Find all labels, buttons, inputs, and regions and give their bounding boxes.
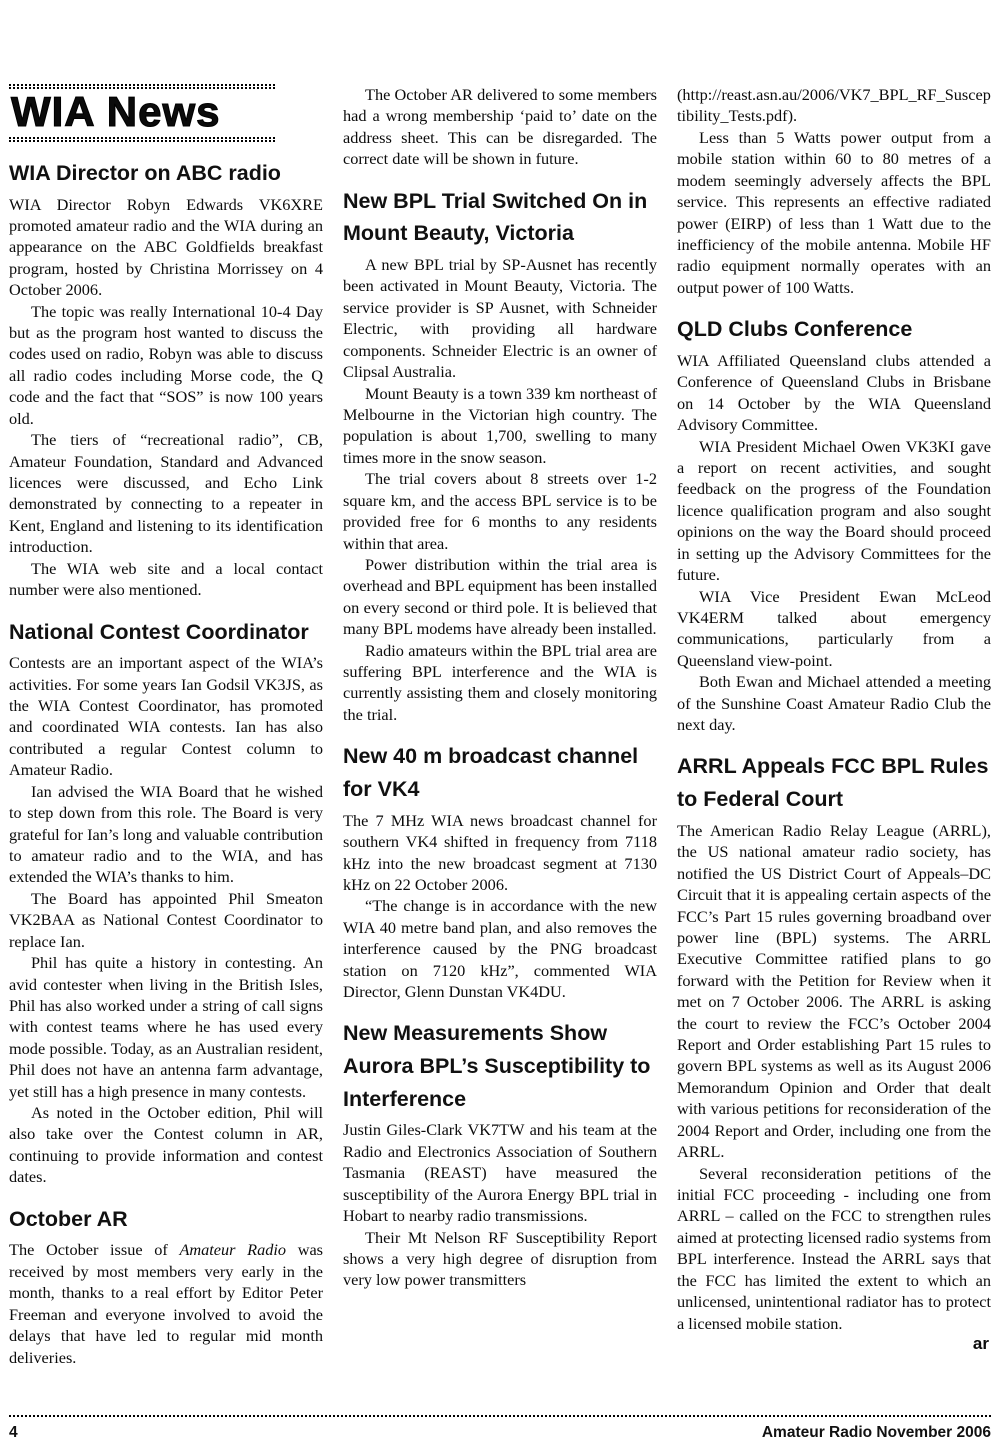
section-heading: October AR [9,1203,323,1236]
footer-rule [9,1415,991,1417]
paragraph: Both Ewan and Michael attended a meeting… [677,671,991,735]
paragraph: A new BPL trial by SP-Ausnet has recentl… [343,254,657,383]
paragraph: The topic was really International 10-4 … [9,301,323,430]
paragraph: Power distribution within the trial area… [343,554,657,640]
paragraph: Several reconsideration petitions of the… [677,1163,991,1334]
footer-row: 4 Amateur Radio November 2006 [9,1424,991,1442]
content-columns: WIA NewsWIA Director on ABC radioWIA Dir… [9,84,991,1368]
italic-journal-name: Amateur Radio [179,1240,286,1259]
paragraph: (http://reast.asn.au/2006/VK7_BPL_RF_Sus… [677,84,991,127]
section-heading: New 40 m broadcast channel for VK4 [343,740,657,805]
paragraph: The American Radio Relay League (ARRL), … [677,820,991,1163]
paragraph: As noted in the October edition, Phil wi… [9,1102,323,1188]
paragraph: The Board has appointed Phil Smeaton VK2… [9,888,323,952]
column-3: (http://reast.asn.au/2006/VK7_BPL_RF_Sus… [677,84,991,1368]
paragraph: Ian advised the WIA Board that he wished… [9,781,323,888]
masthead-rule-bottom [9,137,277,142]
paragraph: The WIA web site and a local contact num… [9,558,323,601]
paragraph: WIA Vice President Ewan McLeod VK4ERM ta… [677,586,991,672]
section-heading: New Measurements Show Aurora BPL’s Susce… [343,1017,657,1115]
text-run: The October issue of [9,1240,179,1259]
journal-title: Amateur Radio November 2006 [762,1424,991,1442]
paragraph: The October AR delivered to some members… [343,84,657,170]
paragraph: Mount Beauty is a town 339 km northeast … [343,383,657,469]
paragraph: WIA President Michael Owen VK3KI gave a … [677,436,991,586]
paragraph: WIA Affiliated Queensland clubs attended… [677,350,991,436]
paragraph: The trial covers about 8 streets over 1-… [343,468,657,554]
masthead: WIA News [9,84,277,142]
magazine-page: WIA NewsWIA Director on ABC radioWIA Dir… [0,0,1000,1455]
page-number: 4 [9,1424,18,1442]
paragraph: Phil has quite a history in contesting. … [9,952,323,1102]
paragraph: The 7 MHz WIA news broadcast channel for… [343,810,657,896]
masthead-title: WIA News [9,89,277,137]
paragraph: Radio amateurs within the BPL trial area… [343,640,657,726]
paragraph: Less than 5 Watts power output from a mo… [677,127,991,298]
paragraph: WIA Director Robyn Edwards VK6XRE promot… [9,194,323,301]
column-1: WIA NewsWIA Director on ABC radioWIA Dir… [9,84,323,1368]
column-2: The October AR delivered to some members… [343,84,657,1368]
page-footer: 4 Amateur Radio November 2006 [9,1415,991,1442]
paragraph: Their Mt Nelson RF Susceptibility Report… [343,1227,657,1291]
paragraph: Contests are an important aspect of the … [9,652,323,781]
article-end-marker: ar [677,1334,991,1354]
section-heading: WIA Director on ABC radio [9,157,323,190]
section-heading: ARRL Appeals FCC BPL Rules to Federal Co… [677,750,991,815]
section-heading: QLD Clubs Conference [677,313,991,346]
paragraph: Justin Giles-Clark VK7TW and his team at… [343,1119,657,1226]
section-heading: New BPL Trial Switched On in Mount Beaut… [343,185,657,250]
section-heading: National Contest Coordinator [9,616,323,649]
paragraph: “The change is in accordance with the ne… [343,895,657,1002]
paragraph: The October issue of Amateur Radio was r… [9,1239,323,1368]
paragraph: The tiers of “recreational radio”, CB, A… [9,429,323,558]
